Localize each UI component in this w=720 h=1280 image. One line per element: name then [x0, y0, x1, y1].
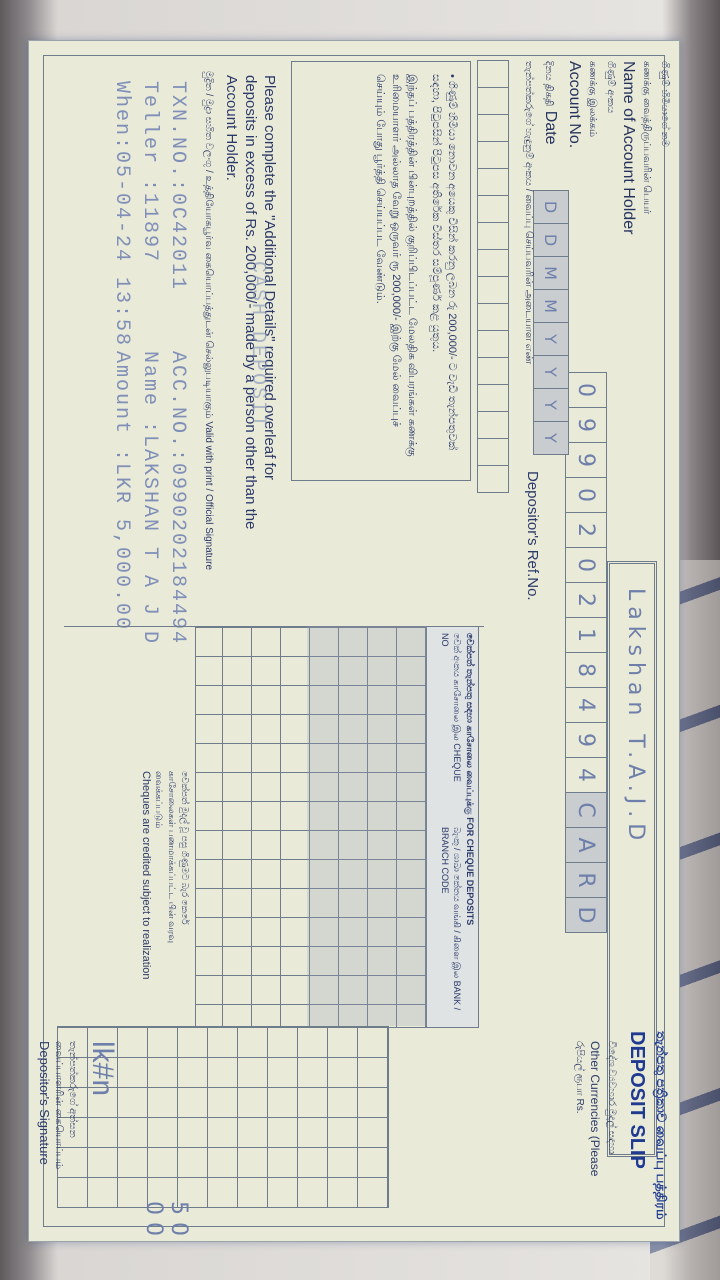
account-type-letter: A [565, 827, 607, 863]
account-digit: 4 [565, 757, 607, 793]
account-digit: 9 [565, 442, 607, 478]
realization-note: චෙක්පත් මුදල් වූ පසු ගිණුමට බැර කෙරේ காச… [139, 771, 191, 1001]
account-digit: 2 [565, 582, 607, 618]
date-cell: Y [533, 355, 569, 389]
id-cell [477, 114, 509, 142]
id-cell [477, 222, 509, 250]
amount-digit: 5 [166, 1201, 191, 1215]
depositor-signature-label: තැන්පත්කරුගේ අත්සන வைப்பாளரின் கையொப்பம்… [37, 1041, 79, 1221]
id-cell [477, 141, 509, 169]
account-digit: 2 [565, 512, 607, 548]
account-digit: 4 [565, 687, 607, 723]
cheque-deposits-header: චෙක්පත් තැන්පතු සඳහා காசோலை வைப்புக்கு F… [425, 626, 479, 1028]
signature-label-tamil: வைப்பாளரின் கையொப்பம் [51, 1041, 65, 1221]
notice-sinhala: • ගිණුම් හිමියා නොවන අයෙකු විසින් කරනු ල… [428, 74, 460, 468]
date-cell: Y [533, 388, 569, 422]
account-type-letter: D [565, 897, 607, 933]
account-label-tamil: கணக்கு இலக்கம் [583, 61, 601, 234]
date-cell: M [533, 256, 569, 290]
date-label: Date [542, 111, 559, 145]
cash-deposit-stamp: CASH DEPOSIT [246, 261, 269, 429]
depositor-id-field[interactable] [477, 61, 509, 493]
teller-id: Teller :11897 [138, 81, 161, 263]
amount-digit: 0 [141, 1201, 166, 1215]
id-cell [477, 249, 509, 277]
ref-cell [477, 438, 509, 466]
id-cell [477, 60, 509, 88]
printed-amount: Amount :LKR 5,000.00 [110, 351, 133, 631]
id-cell [477, 168, 509, 196]
date-cell: D [533, 190, 569, 224]
ref-cell [477, 411, 509, 439]
notice-tamil: இந்தப் பத்திரத்தின் பின்புறத்தில் குறிப்… [372, 74, 420, 468]
realization-tamil: காசோலைகள் பணமாக்கப்பட்ட பின் வரவு வைக்கப… [152, 771, 178, 1001]
depositor-signature-scrawl: lk#n [85, 1041, 119, 1096]
other-currencies-section: විදේශ ව්‍යවහාර මුදල් සඳහා Other Currenci… [571, 1041, 619, 1176]
name-label-sinhala: ගිණුම් හිමියාගේ නම [655, 61, 673, 234]
amount-digit: 0 [141, 1222, 166, 1236]
date-label-prefix: දිනය திகதி [543, 61, 554, 106]
cheque-no-column: චෙක් අංකය காசோலை இல CHEQUE NO [440, 633, 462, 783]
id-cell [477, 357, 509, 385]
id-cell [477, 87, 509, 115]
depositor-id-label: තැන්පත්කරුගේ හැඳුනුම් අංකය / வைப்பு செய்… [522, 61, 534, 364]
account-digit: 1 [565, 617, 607, 653]
account-label-sinhala: ගිණුම් අංකය [601, 61, 619, 234]
realization-english: Cheques are credited subject to realizat… [139, 771, 152, 1001]
title-tamil: வைப்பு பத்திரம் [654, 1126, 669, 1220]
deposit-notice-box: • ගිණුම් හිමියා නොවන අයෙකු විසින් කරනු ල… [291, 61, 471, 481]
signature-label-english: Depositor's Signature [37, 1041, 51, 1221]
amount-handwritten: 5 0 0 0 [141, 1201, 191, 1241]
currency-label-sinhala: විදේශ ව්‍යවහාර මුදල් සඳහා [603, 1041, 619, 1176]
account-digit: 9 [565, 722, 607, 758]
date-cell: Y [533, 322, 569, 356]
name-label: Name of Account Holder [619, 61, 637, 234]
name-label-tamil: கணக்கு வைத்திருப்பவரின் பெயர் [637, 61, 655, 234]
cheque-header-title: චෙක්පත් තැන්පතු සඳහා காசோலை வைப்புக்கு F… [463, 633, 475, 925]
printed-name: Name :LAKSHAN T A J D [138, 351, 161, 645]
txn-number: TXN.NO.:0C42011 [166, 81, 189, 291]
cheque-grid-shading [307, 626, 427, 1026]
account-digit: 8 [565, 652, 607, 688]
ref-cell [477, 384, 509, 412]
account-holder-name-value: Lakshan T.A.J.D [623, 588, 648, 846]
id-cell [477, 276, 509, 304]
transaction-time: When:05-04-24 13:58 [110, 81, 133, 347]
id-cell [477, 195, 509, 223]
title-english: DEPOSIT SLIP [625, 1031, 648, 1220]
realization-sinhala: චෙක්පත් මුදල් වූ පසු ගිණුමට බැර කෙරේ [178, 771, 191, 1001]
id-cell [477, 303, 509, 331]
deposit-slip: ගිණුම් හිමියාගේ නම கணக்கு வைத்திருப்பவரி… [28, 40, 680, 1242]
date-cell: D [533, 223, 569, 257]
date-cell: M [533, 289, 569, 323]
bank-branch-column: බැංකු / ශාඛා කේතය வங்கி / கிளை இல BANK /… [440, 827, 462, 1017]
date-cell: Y [533, 421, 569, 455]
currency-label: Other Currencies (Please [587, 1041, 603, 1176]
depositor-ref-label: Depositor's Ref.No. [524, 471, 541, 601]
date-field[interactable]: D D M M Y Y Y Y [533, 191, 569, 455]
account-digit: 0 [565, 372, 607, 408]
printed-account-number: ACC.NO.:0990202184494 [166, 351, 189, 645]
account-type-letter: R [565, 862, 607, 898]
id-cell [477, 330, 509, 358]
validity-note: මුද්‍රිත / මුද්‍රා සහිත වලංගු / உத்தியோக… [202, 71, 214, 570]
account-digit: 0 [565, 547, 607, 583]
account-type-letter: C [565, 792, 607, 828]
slip-title: තැන්පතු පත්‍රිකාව வைப்பு பத்திரம் DEPOSI… [625, 1031, 669, 1220]
signature-label-sinhala: තැන්පත්කරුගේ අත්සන [65, 1041, 79, 1221]
title-sinhala: තැන්පතු පත්‍රිකාව [654, 1031, 669, 1122]
title-sinhala-tamil: තැන්පතු පත්‍රිකාව வைப்பு பத்திரம் [652, 1031, 669, 1220]
amount-digit: 0 [166, 1222, 191, 1236]
account-number-field[interactable]: 0 9 9 0 2 0 2 1 8 4 9 4 C A R D [565, 373, 607, 933]
rupees-label: රුපියල් ரூபா Rs. [571, 1041, 587, 1176]
account-digit: 0 [565, 477, 607, 513]
ref-cell [477, 465, 509, 493]
account-digit: 9 [565, 407, 607, 443]
